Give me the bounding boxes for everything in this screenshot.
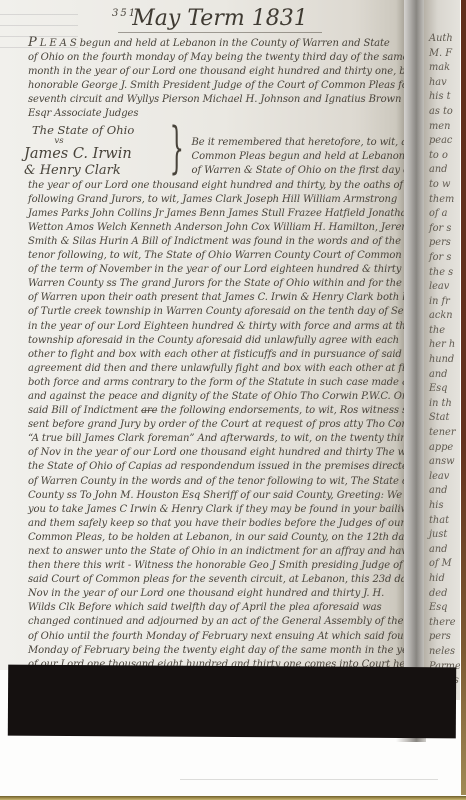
manuscript-line: said Court of Common pleas for the seven… bbox=[28, 573, 402, 587]
redaction-block bbox=[8, 665, 456, 739]
fragment-text: peac bbox=[424, 134, 460, 149]
fragment-text: M. F bbox=[424, 47, 460, 62]
manuscript-line: Nov in the year of our Lord one thousand… bbox=[28, 587, 402, 601]
fragment-text: Stat bbox=[424, 411, 460, 426]
right-page-sliver: AuthM. Fmakhavhis tas tomenpeacto oandto… bbox=[424, 0, 460, 700]
manuscript-line: of the term of November in the year of o… bbox=[28, 263, 402, 277]
manuscript-line: the year of our Lord one thousand eight … bbox=[28, 179, 402, 193]
fragment-text: leav bbox=[424, 280, 460, 295]
manuscript-line: Common Pleas, to be holden at Lebanon, i… bbox=[28, 531, 402, 545]
caption-brace-glyph: } bbox=[170, 114, 184, 181]
manuscript-line: County ss To John M. Houston Esq Sheriff… bbox=[28, 489, 402, 503]
fragment-text: for s bbox=[424, 251, 460, 266]
manuscript-line: Common Pleas begun and held at Lebanon i… bbox=[192, 150, 404, 164]
fragment-text: Esq bbox=[424, 382, 460, 397]
fragment-text: tener bbox=[424, 426, 460, 441]
manuscript-line: agreement did then and there unlawfully … bbox=[28, 362, 402, 376]
manuscript-line: Esqr Associate Judges bbox=[28, 107, 400, 121]
opening-paragraph: P L E A S begun and held at Lebanon in t… bbox=[28, 36, 400, 122]
fragment-text: answ bbox=[424, 455, 460, 470]
fragment-text: that bbox=[424, 514, 460, 529]
manuscript-line: honorable George J. Smith President Judg… bbox=[28, 79, 400, 93]
caption-body: Be it remembered that heretofore, to wit… bbox=[192, 123, 404, 178]
fragment-text: of a bbox=[424, 207, 460, 222]
fragment-text: ded bbox=[424, 587, 460, 602]
manuscript-line: said Bill of Indictment a̶r̶e̶ the follo… bbox=[28, 404, 402, 418]
manuscript-line: of Ohio on the fourth monday of May bein… bbox=[28, 51, 400, 65]
manuscript-line: changed continued and adjourned by an ac… bbox=[28, 615, 402, 629]
fragment-text: hav bbox=[424, 76, 460, 91]
manuscript-line: tenor following, to wit, The State of Oh… bbox=[28, 249, 402, 263]
party-names: vsJames C. Irwin& Henry Clark bbox=[24, 137, 170, 179]
manuscript-line: Be it remembered that heretofore, to wit… bbox=[192, 136, 404, 150]
fragment-text: to o bbox=[424, 149, 460, 164]
fragment-text: ackn bbox=[424, 309, 460, 324]
manuscript-line: of Warren upon their oath present that J… bbox=[28, 291, 402, 305]
fragment-text: of M bbox=[424, 557, 460, 572]
term-title-text: May Term 1831 bbox=[118, 6, 321, 33]
manuscript-line: Warren County ss The grand Jurors for th… bbox=[28, 277, 402, 291]
manuscript-line: P L E A S begun and held at Lebanon in t… bbox=[28, 36, 400, 51]
caption-parties: The State of Ohio vsJames C. Irwin& Henr… bbox=[24, 123, 170, 179]
manuscript-line: “A true bill James Clark foreman” And af… bbox=[28, 432, 402, 446]
fragment-text: and bbox=[424, 543, 460, 558]
manuscript-line: and them safely keep so that you have th… bbox=[28, 517, 402, 531]
fragment-text: her h bbox=[424, 338, 460, 353]
fragment-text: and bbox=[424, 484, 460, 499]
manuscript-scan: 351 May Term 1831 P L E A S begun and he… bbox=[0, 0, 466, 800]
manuscript-line: James Parks John Collins Jr James Benn J… bbox=[28, 207, 402, 221]
manuscript-line: next to answer unto the State of Ohio in… bbox=[28, 545, 402, 559]
fragment-text: the bbox=[424, 324, 460, 339]
case-caption: The State of Ohio vsJames C. Irwin& Henr… bbox=[24, 123, 404, 179]
party-line: James C. Irwin bbox=[24, 146, 170, 163]
manuscript-line: of Warren County in the words and of the… bbox=[28, 475, 402, 489]
fragment-text: his bbox=[424, 499, 460, 514]
page-header: 351 May Term 1831 bbox=[0, 6, 404, 36]
manuscript-line: you to take James C Irwin & Henry Clark … bbox=[28, 503, 402, 517]
manuscript-line: Smith & Silas Hurin A Bill of Indictment… bbox=[28, 235, 402, 249]
photo-bottom-border bbox=[0, 796, 466, 800]
manuscript-line: the State of Ohio of Capias ad responden… bbox=[28, 460, 402, 474]
fragment-text: for s bbox=[424, 222, 460, 237]
manuscript-line: month in the year of our Lord one thousa… bbox=[28, 65, 400, 79]
fragment-text: just bbox=[424, 528, 460, 543]
page-number: 351 bbox=[112, 8, 137, 19]
fragment-text: and bbox=[424, 163, 460, 178]
record-body: the year of our Lord one thousand eight … bbox=[28, 179, 402, 670]
fragment-text: as to bbox=[424, 105, 460, 120]
manuscript-line: and against the peace and dignity of the… bbox=[28, 390, 402, 404]
party-line: vs bbox=[24, 137, 94, 146]
fragment-text: pers bbox=[424, 630, 460, 645]
fragment-text: his t bbox=[424, 90, 460, 105]
fragment-text: in th bbox=[424, 397, 460, 412]
manuscript-line: seventh circuit and Wyllys Pierson Micha… bbox=[28, 93, 400, 107]
fragment-text: Esq bbox=[424, 601, 460, 616]
manuscript-line: township aforesaid in the County aforesa… bbox=[28, 334, 402, 348]
book-gutter-shadow bbox=[396, 0, 426, 742]
manuscript-line: sent before grand Jury by order of the C… bbox=[28, 418, 402, 432]
fragment-text: pers bbox=[424, 236, 460, 251]
manuscript-line: following Grand Jurors, to wit, James Cl… bbox=[28, 193, 402, 207]
manuscript-line: in the year of our Lord Eighteen hundred… bbox=[28, 320, 402, 334]
manuscript-line: of Nov in the year of our Lord one thous… bbox=[28, 446, 402, 460]
manuscript-line: Monday of February being the twenty eigh… bbox=[28, 644, 402, 658]
fragment-text: there bbox=[424, 616, 460, 631]
fragment-text: men bbox=[424, 120, 460, 135]
fragment-text: leav bbox=[424, 470, 460, 485]
manuscript-line: of Ohio until the fourth Monday of Febru… bbox=[28, 630, 402, 644]
manuscript-line: Wetton Amos Welch Kenneth Anderson John … bbox=[28, 221, 402, 235]
fragment-text: them bbox=[424, 193, 460, 208]
fragment-text: to w bbox=[424, 178, 460, 193]
manuscript-line: of Warren & State of Ohio on the first d… bbox=[192, 164, 404, 178]
book-spine-edge bbox=[461, 0, 466, 795]
fragment-text: neles bbox=[424, 645, 460, 660]
fragment-text: in fr bbox=[424, 295, 460, 310]
manuscript-line: of Turtle creek township in Warren Count… bbox=[28, 305, 402, 319]
fragment-text: and bbox=[424, 368, 460, 383]
fragment-text: appe bbox=[424, 441, 460, 456]
term-title: May Term 1831 bbox=[0, 6, 404, 31]
manuscript-line: both force and arms contrary to the form… bbox=[28, 376, 402, 390]
manuscript-line: other to fight and box with each other a… bbox=[28, 348, 402, 362]
fragment-text: hid bbox=[424, 572, 460, 587]
fragment-text: Auth bbox=[424, 32, 460, 47]
party-line: & Henry Clark bbox=[24, 163, 170, 179]
fragment-text: mak bbox=[424, 61, 460, 76]
fragment-text: the s bbox=[424, 266, 460, 281]
fragment-text: hund bbox=[424, 353, 460, 368]
manuscript-line: Wilds Clk Before which said twelfth day … bbox=[28, 601, 402, 615]
ledger-left-page: 351 May Term 1831 P L E A S begun and he… bbox=[0, 0, 404, 670]
scan-artifact-line bbox=[180, 779, 438, 780]
manuscript-line: then there this writ - Witness the honor… bbox=[28, 559, 402, 573]
party-state: The State of Ohio bbox=[24, 123, 170, 137]
